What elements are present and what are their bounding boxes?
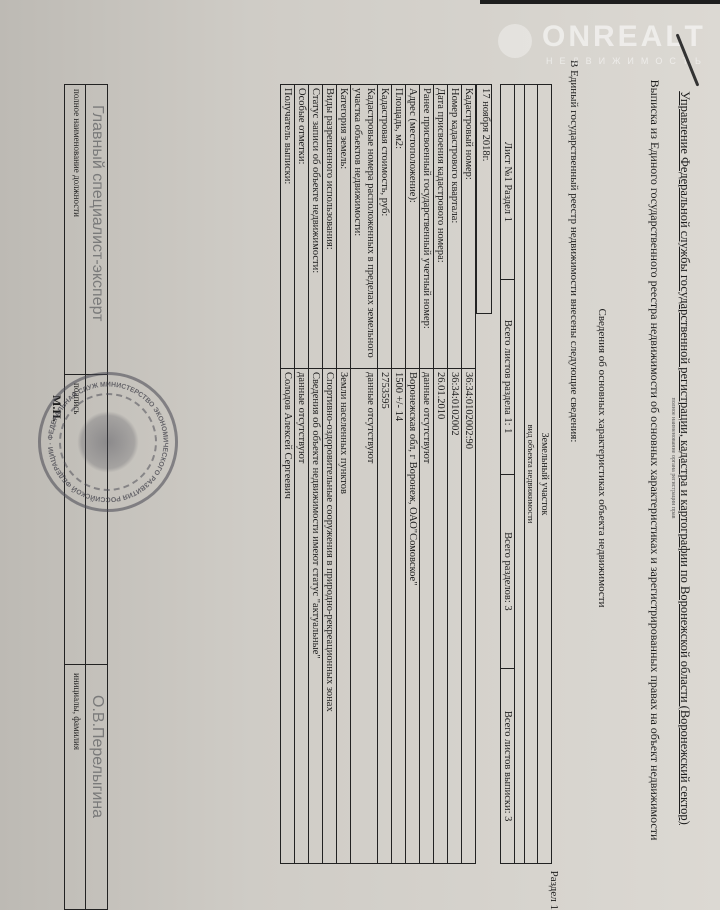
authority-caption: полное наименование органа регистрации п…: [670, 78, 676, 838]
object-type-row: Земельный участок: [537, 85, 551, 863]
house-pin-icon: [498, 24, 532, 58]
table-row: Особые отметки:данные отсутствуют: [295, 85, 309, 864]
row-value: Сведения об объекте недвижимости имеют с…: [309, 369, 323, 864]
row-value: 36:34:0102002:90: [462, 369, 476, 864]
row-value: 36:34:0102002: [448, 369, 462, 864]
row-value: 26.01.2010: [434, 369, 448, 864]
table-row: Получатель выписки:Солодов Алексей Серге…: [281, 85, 295, 864]
row-label: Дата присвоения кадастрового номера:: [434, 85, 448, 369]
extract-document: Управление Федеральной службы государств…: [0, 0, 720, 910]
object-type: Земельный участок: [538, 85, 551, 863]
signer-position: Главный специалист-эксперт: [88, 105, 106, 322]
row-label: Адрес (местоположение):: [406, 85, 420, 369]
row-value: данные отсутствуют: [295, 369, 309, 864]
official-stamp: МИНИСТЕРСТВО ЭКОНОМИЧЕСКОГО РАЗВИТИЯ РОС…: [29, 363, 187, 521]
row-value: данные отсутствуют: [420, 369, 434, 864]
table-row: Адрес (местоположение):Воронежская обл, …: [406, 85, 420, 864]
object-type-caption: вид объекта недвижимости: [525, 85, 537, 863]
watermark-subtitle: НЕДВИЖИМОСТЬ: [546, 56, 708, 66]
row-label: Виды разрешенного использования:: [323, 85, 337, 369]
sheets-in-section: Всего листов раздела 1: 1: [501, 280, 514, 475]
row-value: Спортивно-оздоровительные сооружения в п…: [323, 369, 337, 864]
row-label: Кадастровый номер:: [462, 85, 476, 369]
authority-name: Управление Федеральной службы государств…: [677, 78, 692, 838]
table-row: Ранее присвоенный государственный учетны…: [420, 85, 434, 864]
row-label: Кадастровая стоимость, руб:: [378, 85, 392, 369]
row-label: Площадь, м2:: [392, 85, 406, 369]
row-label: Статус записи об объекте недвижимости:: [309, 85, 323, 369]
table-row: Дата присвоения кадастрового номера:26.0…: [434, 85, 448, 864]
row-label: Номер кадастрового квартала:: [448, 85, 462, 369]
total-sections: Всего разделов: 3: [501, 475, 514, 670]
table-row: Статус записи об объекте недвижимости:Св…: [309, 85, 323, 864]
table-row: Кадастровая стоимость, руб:2753595: [378, 85, 392, 864]
row-value: 1500 +/- 14: [392, 369, 406, 864]
row-value: Солодов Алексей Сергеевич: [281, 369, 295, 864]
row-value: Воронежская обл, г Воронеж, ОАО"Сомовско…: [406, 369, 420, 864]
row-value: 2753595: [378, 369, 392, 864]
table-row: Категория земель:Земли населенных пункто…: [337, 85, 351, 864]
stamp-text-ring: МИНИСТЕРСТВО ЭКОНОМИЧЕСКОГО РАЗВИТИЯ РОС…: [32, 366, 183, 517]
header-table: Земельный участок вид объекта недвижимос…: [500, 84, 552, 864]
row-label: Категория земель:: [337, 85, 351, 369]
table-row: Кадастровые номера расположенных в преде…: [351, 85, 378, 864]
row-label: Ранее присвоенный государственный учетны…: [420, 85, 434, 369]
document-title: Выписка из Единого государственного реес…: [647, 30, 662, 890]
spacer-row: [514, 85, 524, 863]
name-caption: инициалы, фамилия: [72, 673, 82, 750]
section-label: Раздел 1: [548, 871, 560, 910]
table-row: Площадь, м2:1500 +/- 14: [392, 85, 406, 864]
table-row: Номер кадастрового квартала:36:34:010200…: [448, 85, 462, 864]
intro-text: В Единый государственный реестр недвижим…: [568, 60, 580, 442]
object-type-caption-row: вид объекта недвижимости: [524, 85, 537, 863]
sheet-number: Лист №1 Раздел 1: [501, 85, 514, 280]
table-row: Виды разрешенного использования:Спортивн…: [323, 85, 337, 864]
position-caption: полное наименование должности: [72, 89, 82, 217]
signer-name: О.В.Перелыгина: [88, 695, 106, 818]
row-value: данные отсутствуют: [351, 369, 378, 864]
row-label: Получатель выписки:: [281, 85, 295, 369]
sheet-info-row: Лист №1 Раздел 1 Всего листов раздела 1:…: [501, 85, 514, 863]
row-label: Кадастровые номера расположенных в преде…: [351, 85, 378, 369]
row-value: Земли населенных пунктов: [337, 369, 351, 864]
characteristics-table: Кадастровый номер:36:34:0102002:90Номер …: [280, 84, 476, 864]
svg-text:МИНИСТЕРСТВО ЭКОНОМИЧЕСКОГО РА: МИНИСТЕРСТВО ЭКОНОМИЧЕСКОГО РАЗВИТИЯ РОС…: [38, 366, 184, 510]
total-sheets: Всего листов выписки: 3: [501, 669, 514, 863]
extract-date: 17 ноября 2018г.: [476, 84, 492, 314]
table-row: Кадастровый номер:36:34:0102002:90: [462, 85, 476, 864]
document-subtitle: Сведения об основных характеристиках объ…: [596, 78, 608, 838]
row-label: Особые отметки:: [295, 85, 309, 369]
